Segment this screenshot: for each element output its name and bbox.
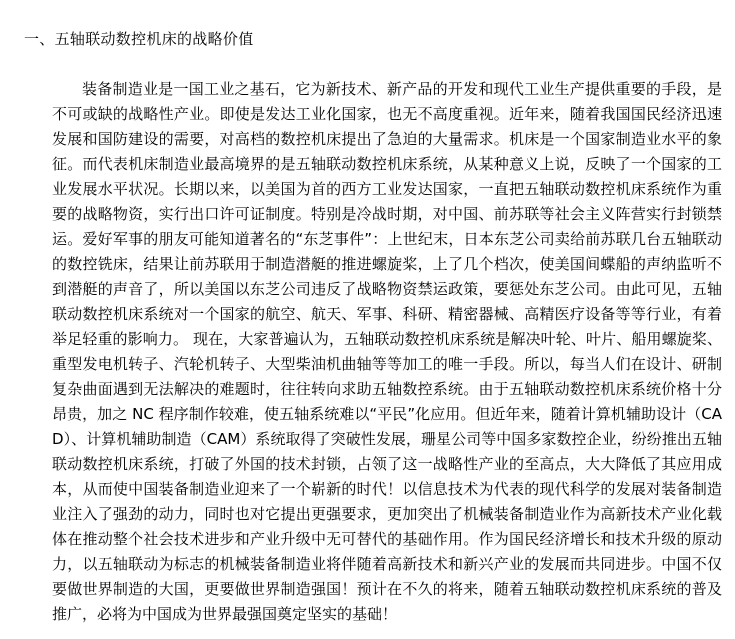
section-heading: 一、五轴联动数控机床的战略价值 — [24, 28, 254, 49]
document-page: 一、五轴联动数控机床的战略价值 装备制造业是一国工业之基石，它为新技术、新产品的… — [0, 0, 735, 639]
body-paragraph: 装备制造业是一国工业之基石，它为新技术、新产品的开发和现代工业生产提供重要的手段… — [52, 77, 722, 627]
